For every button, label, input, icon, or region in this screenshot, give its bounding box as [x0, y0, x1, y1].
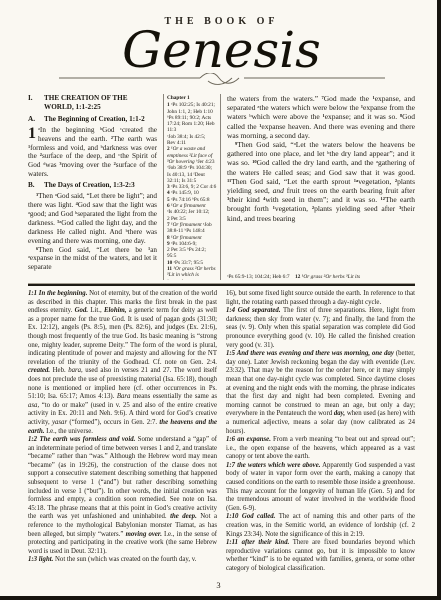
text-run: created.	[28, 367, 50, 374]
text-run: and	[273, 186, 284, 195]
text-run: 17:24; Rom 1:20; Heb 11:3	[167, 121, 215, 133]
text-run: the waters which were above.	[237, 462, 320, 469]
text-run: 1:7	[226, 462, 237, 469]
cross-reference-column: Chapter 11 aPs 102:25; Is 40:21;John 1:1…	[163, 94, 221, 280]
text-run: John 1:1, 2; Heb 1:10	[167, 109, 213, 115]
text-run: Or herbs	[325, 274, 346, 280]
text-run: light.	[39, 556, 54, 563]
text-run: The earth was formless and void.	[39, 436, 135, 443]
text-run: expanse in the midst of the waters, and …	[28, 254, 157, 271]
text-run: was	[45, 161, 59, 169]
section-divider-rule	[28, 283, 415, 286]
text-run: Ps 148:4	[186, 228, 204, 234]
translator-footnote-row: aPs 65:9-13; 104:24; Heb 6:7 12 1Or gras…	[227, 274, 415, 280]
text-run: surface of the deep, and	[42, 152, 118, 160]
text-run: yasar	[52, 419, 67, 426]
text-run: Ps 24:2;	[189, 247, 206, 253]
text-run: the deep.	[170, 513, 197, 520]
text-run: expanse; and it was so.	[325, 112, 400, 121]
text-run: Is 40:22; Jer 10:12;	[168, 209, 209, 215]
text-run: Job 38:9	[169, 165, 188, 171]
outline-heading-1b: B.The Days of Creation, 1:3-2:3	[28, 181, 157, 190]
text-run: Lit face of	[191, 153, 212, 159]
study-note-1-1: 1:1 In the beginning. Not of eternity, b…	[28, 290, 217, 436]
text-run: moving over.	[126, 531, 162, 538]
text-run: Apparently God suspended a vast body of …	[226, 462, 415, 512]
text-run: (better, day one). Later Jewish reckonin…	[226, 350, 415, 417]
cross-reference-line: 17:24; Rom 1:20; Heb 11:3	[167, 121, 217, 134]
text-run: God separated.	[238, 307, 281, 314]
text-run: Or grass	[303, 274, 323, 280]
text-run: a generic term for deity as well as a pr…	[28, 307, 217, 366]
text-run: Is 40:13, 14	[167, 172, 194, 178]
text-run: THE CREATION OF THE WORLD, 1:1-2:25	[44, 94, 128, 111]
text-run: God.	[75, 307, 88, 314]
study-note-1-11: 1:11 after their kind. There are fixed b…	[226, 539, 415, 573]
text-run: Then God said, “Let the earth sprout	[231, 177, 354, 186]
text-run: Job 38:4; Is 42:5;	[168, 134, 205, 140]
study-note-1-4: 1:4 God separated. The first of three se…	[226, 307, 415, 350]
study-note-1-10: 1:10 God called. The act of naming this …	[226, 513, 415, 539]
study-notes-section: 1:1 In the beginning. Not of eternity, b…	[28, 290, 415, 578]
text-run: The Days of Creation, 1:3-2:3	[44, 181, 135, 189]
text-run: 1	[28, 126, 36, 142]
text-run: Lit its	[348, 274, 360, 280]
cross-reference-chapter-head: Chapter 1	[167, 95, 217, 101]
text-run: I.e., the universe.	[44, 428, 93, 435]
text-run: the waters from the waters.”	[227, 94, 322, 103]
text-run: 1:5	[226, 350, 237, 357]
text-run: asa,	[28, 402, 39, 409]
text-run: an	[150, 246, 157, 254]
text-run: 1:6	[226, 436, 237, 443]
text-run: vegetation,	[358, 177, 395, 186]
text-run: 1:10	[226, 513, 242, 520]
scripture-right-column: the waters from the waters.” 7God made t…	[227, 94, 415, 280]
text-run: Then God said, “	[237, 140, 294, 149]
text-run: In the beginning.	[39, 290, 88, 297]
page-number: 3	[0, 580, 437, 590]
text-run: which were above the	[252, 112, 323, 121]
translator-footnote: aPs 65:9-13; 104:24; Heb 6:7 12 1Or gras…	[227, 274, 415, 280]
text-run: bara,	[68, 367, 83, 374]
text-run: Heb.	[50, 367, 68, 374]
study-note-1-6: 1:6 an expanse. From a verb meaning “to …	[226, 436, 415, 462]
text-run: Ps 145:9, 10	[172, 190, 198, 196]
study-notes-right-column: 16), but some fixed light source outside…	[226, 290, 415, 578]
text-run: God called the dry land earth, and the	[257, 158, 376, 167]
study-note-1-2: 1:2 The earth was formless and void. Som…	[28, 436, 217, 556]
cross-reference-line: its seed	[167, 279, 217, 280]
text-run: 1:4	[226, 307, 238, 314]
text-run: 1:2	[28, 436, 39, 443]
verse-text-gen-1-3-5: 3Then aGod said, “Let there be light”; a…	[28, 192, 157, 245]
text-run: God called.	[242, 513, 275, 520]
text-run: Ps 65:9-13; 104:24; Heb 6:7	[228, 274, 295, 280]
text-run: 1:11	[226, 539, 242, 546]
verse-text-gen-1-6-8: the waters from the waters.” 7God made t…	[227, 94, 415, 140]
text-run: Or firmament	[173, 235, 202, 241]
book-header: THE BOOK OF Genesis	[28, 16, 415, 89]
text-run: Elohim,	[104, 307, 126, 314]
text-run: God	[102, 126, 120, 134]
text-run: Then God said, “Let there be	[38, 246, 148, 254]
verse-text-gen-1-6: 6Then God said, “Let there be 1an aexpan…	[28, 246, 157, 273]
text-run: means essentially the same as	[130, 393, 217, 400]
text-run: their kind	[229, 195, 263, 204]
text-run: B.	[28, 181, 44, 190]
text-run: good; and God	[30, 210, 75, 218]
scripture-left-column: I.THE CREATION OF THE WORLD, 1:1-2:25A.T…	[28, 94, 157, 280]
text-run: 2 Pet 3:5	[167, 216, 186, 222]
study-note-1-3-continued: 16), but some fixed light source outside…	[226, 290, 415, 307]
text-run: Not the sun (which was created on the fo…	[53, 556, 196, 563]
text-run: Lit in which is	[169, 272, 199, 278]
text-run: Ps 33:7; 95:5	[175, 260, 203, 266]
text-run: 16), but some fixed light source outside…	[226, 290, 415, 306]
text-run: The Beginning of Creation, 1:1-2	[44, 115, 145, 123]
text-run: Ps 89:11; 90:2; Acts	[169, 115, 212, 121]
study-note-1-7: 1:7 the waters which were above. Apparen…	[226, 462, 415, 514]
text-run: 1:3	[28, 556, 39, 563]
text-run: Lit.,	[88, 307, 104, 314]
book-title: Genesis	[28, 23, 415, 77]
text-run: fruit trees on the earth bearing fruit a…	[284, 186, 415, 195]
text-run: emptiness	[167, 153, 189, 159]
text-run: with seed in them”; and it was so.	[265, 195, 380, 204]
study-note-1-3: 1:3 light. Not the sun (which was create…	[28, 556, 217, 565]
text-run: Or herbs	[197, 266, 216, 272]
text-run: moving over the	[62, 161, 114, 169]
text-run: its seed	[167, 279, 183, 280]
text-run: God made the	[324, 94, 373, 103]
text-run: (“formed”), occurs in Gen. 2:7.	[67, 419, 159, 426]
text-run: 1:1	[28, 290, 39, 297]
text-run: an expanse.	[237, 436, 271, 443]
text-run: Job	[204, 222, 211, 228]
text-run: Ps 74:16	[172, 197, 192, 203]
scripture-right-text: the waters from the waters.” 7God made t…	[227, 94, 415, 223]
text-run: 12	[295, 274, 302, 280]
text-run: Then	[38, 192, 55, 200]
text-run: plants yielding seed after	[314, 204, 399, 213]
scripture-section: I.THE CREATION OF THE WORLD, 1:1-2:25A.T…	[28, 94, 415, 280]
text-run: In the beginning	[40, 126, 100, 134]
text-run: I.	[28, 94, 44, 103]
text-run: The earth was	[113, 135, 157, 143]
text-run: Ps 65:8	[194, 197, 210, 203]
text-run: A.	[28, 115, 44, 124]
text-run: after their kind.	[242, 539, 290, 546]
verse-text-gen-1-9-12: 9Then God said, “aLet the waters below t…	[227, 140, 415, 223]
text-run: 2 Pet 3:5	[167, 247, 187, 253]
bible-page: THE BOOK OF Genesis I.THE CREATION OF TH…	[0, 0, 441, 600]
outline-heading-1: I.THE CREATION OF THE WORLD, 1:1-2:25	[28, 94, 157, 112]
text-run: Bara	[117, 393, 131, 400]
text-run: God saw that the light was	[78, 201, 157, 209]
study-notes-left-column: 1:1 In the beginning. Not of eternity, b…	[28, 290, 217, 578]
text-run: day,	[334, 410, 345, 417]
text-run: the waters which were below the	[259, 103, 360, 112]
study-note-1-5: 1:5 And there was evening and there was …	[226, 350, 415, 436]
text-run: vegetation,	[275, 204, 312, 213]
text-run: Ps 102:25; Is 40:21;	[172, 102, 215, 108]
outline-heading-1a: A.The Beginning of Creation, 1:1-2	[28, 115, 157, 124]
text-run: formless and void, and	[30, 144, 100, 152]
text-run: Chapter 1	[167, 95, 190, 101]
text-run: Deut	[195, 172, 205, 178]
text-run: Ps 104:6-9;	[172, 241, 196, 247]
text-run: 38:8-11	[167, 228, 185, 234]
text-run: Some understand a “gap” of an indetermin…	[28, 436, 217, 520]
verse-text-gen-1-1-2: 1aIn the beginning bGod ccreated the hea…	[28, 126, 157, 179]
text-run: And there was evening and there was morn…	[237, 350, 394, 357]
